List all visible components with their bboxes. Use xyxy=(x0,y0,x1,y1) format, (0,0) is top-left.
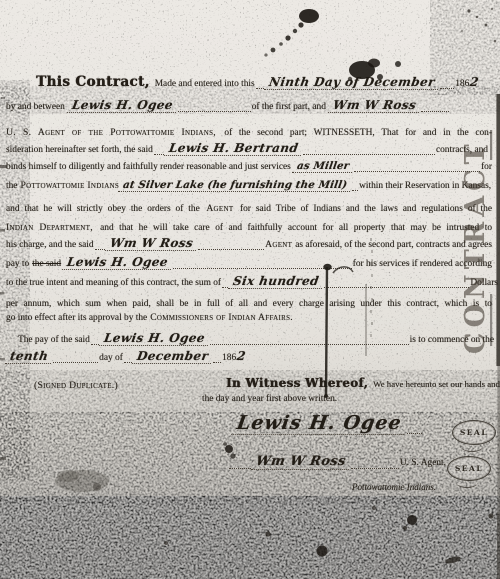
seal-text-1: SEAL xyxy=(460,428,488,437)
services-printed: binds himself to diligently and faithful… xyxy=(6,162,291,172)
contract-line-pay: pay to the said Lewis H. Ogee for his se… xyxy=(6,255,492,270)
signature-row-2: Wm W Ross U. S. Agent, xyxy=(228,454,446,470)
payto-printed: pay to xyxy=(6,259,29,269)
department-smallcaps: Indian Department, xyxy=(6,222,93,233)
year2-digit-handwritten: 2 xyxy=(235,349,248,363)
the-printed: the xyxy=(6,181,17,191)
department-printed: and that he will take care of and faithf… xyxy=(100,223,492,233)
contract-line-charge: his charge, and the said Wm W Ross Agent… xyxy=(6,236,492,251)
amount-handwritten: Six hundred xyxy=(228,274,324,289)
obey-printed-a: and that he will strictly obey the order… xyxy=(6,204,200,214)
contract-line-parties: by and between Lewis H. Ogee of the firs… xyxy=(6,98,450,113)
tribe-smallcaps: Pottowattomie Indians xyxy=(20,180,119,191)
agent-smallcaps: U. S. Agent of the Pottowattomie Indians… xyxy=(6,127,216,138)
commence-name-handwritten: Lewis H. Ogee xyxy=(99,331,210,346)
consideration-printed: sideration hereinafter set forth, the sa… xyxy=(6,145,153,155)
opening-printed: Made and entered into this xyxy=(155,79,255,89)
witness-printed: We have hereunto set our hands and seals xyxy=(373,379,500,389)
seal-text-2: SEAL xyxy=(455,464,483,473)
signed-duplicate-text: (Signed Duplicate.) xyxy=(34,380,118,391)
commissioners-smallcaps: Commissioners of Indian Affairs. xyxy=(150,312,293,323)
dayyear-printed: the day and year first above written. xyxy=(202,394,337,404)
document-text: This Contract, Made and entered into thi… xyxy=(0,0,500,579)
witness-clause: In Witness Whereof, We have hereunto set… xyxy=(226,376,500,390)
contract-vertical-stamp: CONTRACT xyxy=(460,156,491,354)
month-handwritten: December xyxy=(132,349,214,364)
witness-clause-2: the day and year first above written. xyxy=(202,394,337,404)
contract-line-commence: The pay of the said Lewis H. Ogee is to … xyxy=(6,331,494,346)
services-handwritten: as Miller xyxy=(292,160,354,173)
charge-printed: his charge, and the said xyxy=(6,240,94,250)
agent-name-handwritten: Wm W Ross xyxy=(104,236,197,251)
signed-duplicate-note: (Signed Duplicate.) xyxy=(34,380,118,391)
perannum-printed: per annum, which sum when paid, shall be… xyxy=(6,299,492,309)
date-handwritten: Ninth Day of December xyxy=(264,75,440,90)
parties-printed: by and between xyxy=(6,102,65,112)
obey-printed-b: for said Tribe of Indians and the laws a… xyxy=(240,204,492,214)
agent-aforesaid-smallcaps: Agent xyxy=(265,239,292,250)
first-party-name: Lewis H. Ogee xyxy=(67,98,178,113)
tribe-caption-printed: Pottowattomie Indians. xyxy=(352,482,436,492)
contract-line-approval: go into effect after its approval by the… xyxy=(6,312,293,323)
contract-line-consideration: sideration hereinafter set forth, the sa… xyxy=(6,141,488,156)
contract-line-obey: and that he will strictly obey the order… xyxy=(6,198,492,216)
approval-printed: go into effect after its approval by the xyxy=(6,313,147,323)
witness-blackletter: In Witness Whereof, xyxy=(226,376,368,390)
struck-words: the said xyxy=(32,259,61,269)
contract-line-location: the Pottowattomie Indians at Silver Lake… xyxy=(6,179,494,192)
contract-line-perannum: per annum, which sum when paid, shall be… xyxy=(6,293,492,311)
contract-line-department: Indian Department, and that he will take… xyxy=(6,217,492,235)
payee-name-handwritten: Lewis H. Ogee xyxy=(62,255,173,270)
us-agent-printed: U. S. Agent, xyxy=(400,458,446,468)
heading-blackletter: This Contract, xyxy=(36,74,150,90)
seal-stamp-1: SEAL xyxy=(452,420,496,445)
parties-printed-mid: of the first part, and xyxy=(252,102,326,112)
tenth-handwritten: tenth xyxy=(5,349,54,364)
location-handwritten: at Silver Lake (he furnishing the Mill) xyxy=(118,179,352,192)
contract-line-commence-date: tenth day of December 186 2 xyxy=(6,349,306,364)
contract-line-services: binds himself to diligently and faithful… xyxy=(6,160,492,173)
agent-tribe-caption: Pottowattomie Indians. xyxy=(352,482,436,492)
contractor-name-handwritten: Lewis H. Bertrand xyxy=(164,141,304,156)
signature-agent: Wm W Ross xyxy=(251,454,351,470)
contract-line-opening: This Contract, Made and entered into thi… xyxy=(6,74,480,90)
year-digit-handwritten: 2 xyxy=(468,75,481,89)
signature-row-1: Lewis H. Ogee xyxy=(233,412,423,435)
commence-printed: The pay of the said xyxy=(18,335,90,345)
sum-printed: to the true intent and meaning of this c… xyxy=(6,278,221,288)
agent-word-smallcaps: Agent xyxy=(206,203,233,214)
seal-stamp-2: SEAL xyxy=(447,456,491,481)
second-party-name: Wm W Ross xyxy=(328,98,421,113)
witnesseth-printed: of the second part; WITNESSETH, That for… xyxy=(224,128,492,138)
contract-line-sum: to the true intent and meaning of this c… xyxy=(6,274,498,289)
signature-lewis-ogee: Lewis H. Ogee xyxy=(231,412,407,435)
dayof-printed: day of xyxy=(99,353,123,363)
contract-line-agent: U. S. Agent of the Pottowattomie Indians… xyxy=(6,122,492,140)
scanned-contract-document: This Contract, Made and entered into thi… xyxy=(0,0,500,579)
